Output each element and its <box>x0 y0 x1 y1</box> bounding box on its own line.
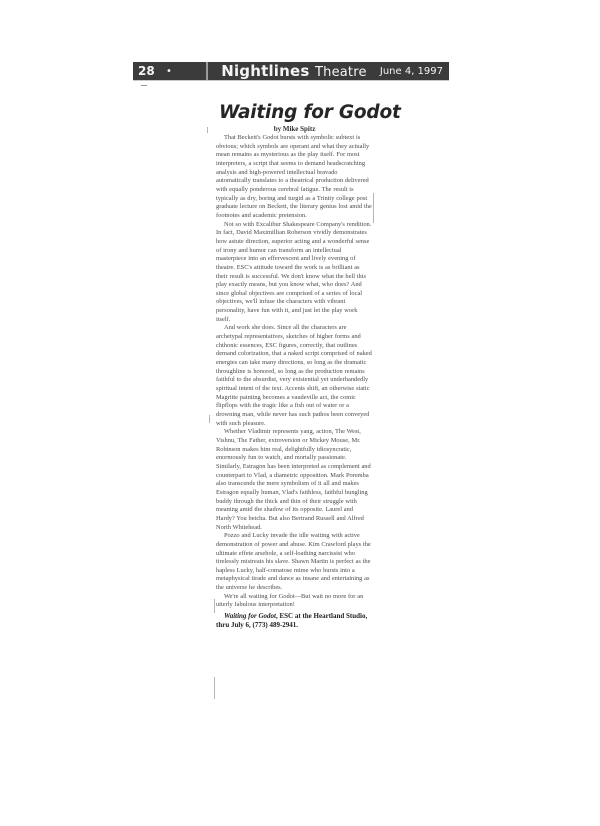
scan-mark <box>214 599 215 613</box>
section-name: Theatre <box>315 65 367 80</box>
article-paragraph: Whether Vladimir represents yang, action… <box>216 428 373 532</box>
publication-name: Nightlines <box>221 62 309 80</box>
scan-mark <box>373 193 374 223</box>
scan-mark <box>209 415 210 423</box>
publication-title: Nightlines Theatre <box>208 62 380 80</box>
scan-mark <box>141 85 147 86</box>
bullet-icon: • <box>158 66 206 77</box>
issue-date: June 4, 1997 <box>380 66 449 77</box>
article-byline: by Mike Spitz <box>216 125 373 133</box>
article-paragraph: And work she does. Since all the charact… <box>216 324 373 428</box>
article-paragraph: We're all waiting for Godot—But wait no … <box>216 593 373 610</box>
article-headline: Waiting for Godot <box>219 102 373 123</box>
masthead-bar: 28 • Nightlines Theatre June 4, 1997 <box>133 62 449 80</box>
scan-mark <box>214 677 215 699</box>
show-info: Waiting for Godot, ESC at the Heartland … <box>216 612 373 630</box>
article-paragraph: Pozzo and Lucky invade the idle waiting … <box>216 532 373 593</box>
scan-mark <box>207 127 208 133</box>
article-paragraph: That Beckett's Godot bursts with symboli… <box>216 134 373 221</box>
masthead-rule <box>133 80 449 81</box>
article-paragraph: Not so with Excalibur Shakespeare Compan… <box>216 221 373 325</box>
article: Waiting for Godot by Mike Spitz That Bec… <box>216 102 373 637</box>
page-number: 28 <box>133 64 158 78</box>
show-title: Waiting for Godot <box>224 612 276 620</box>
